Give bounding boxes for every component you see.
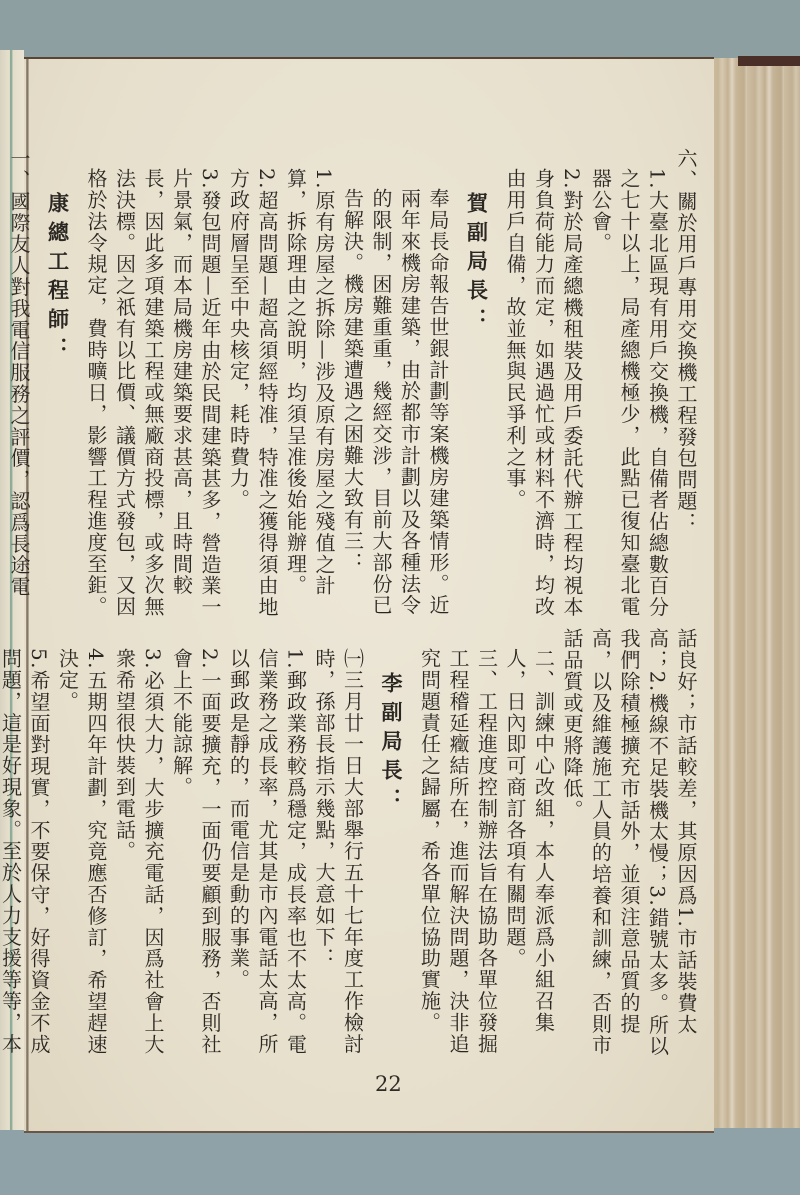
kang-point-1-continued: 話良好；市話較差，其原因爲1.市話裝費太高；2.機線不足裝機太慢；3.錯號太多。… [558, 628, 701, 1058]
section-six-point-2: 2.對於局產總機租裝及用戶委託代辦工程均視本身負荷能力而定，如遇過忙或材料不濟時… [501, 148, 587, 618]
page-stack-edges [710, 58, 800, 1128]
li-point-3: 3.必須大力，大步擴充電話，因爲社會上大衆希望很快裝到電話。 [110, 628, 167, 1058]
background-top [0, 0, 800, 58]
speaker-heading-li: 李副局長： [377, 628, 406, 1058]
li-intro: ㈠三月廿一日大部舉行五十七年度工作檢討時，孫部長指示幾點，大意如下： [310, 628, 367, 1058]
kang-point-3: 三、工程進度控制辦法旨在協助各單位發掘工程稽延癥結所在，進而解決問題，決非追究問… [415, 628, 501, 1058]
li-point-4: 4.五期四年計劃，究竟應否修訂，希望趕速決定。 [53, 628, 110, 1058]
section-six-title: 六、關於用戶專用交換機工程發包問題： [672, 148, 701, 618]
he-point-1: 1.原有房屋之拆除—涉及原有房屋之殘值之計算，拆除理由之說明，均須呈准後始能辦理… [281, 148, 338, 618]
book-cover-edge [738, 56, 800, 66]
top-text-block: 六、關於用戶專用交換機工程發包問題： 1.大臺北區現有用戶交換機，自備者佔總數百… [90, 148, 700, 618]
he-intro: 奉局長命報告世銀計劃等案機房建築情形。近兩年來機房建築，由於都市計劃以及各種法令… [338, 148, 452, 618]
li-point-5: 5.希望面對現實，不要保守，好得資金不成問題，這是好現象。至於人力支援等等，本部… [0, 628, 53, 1058]
li-point-1: 1.郵政業務較爲穩定，成長率也不太高。電信業務之成長率，尤其是市內電話太高，所以… [224, 628, 310, 1058]
speaker-heading-kang: 康總工程師： [43, 148, 72, 618]
background-bottom [0, 1128, 800, 1195]
section-six-point-1: 1.大臺北區現有用戶交換機，自備者佔總數百分之七十以上，局產總機極少，此點已復知… [586, 148, 672, 618]
kang-point-1: 一、國際友人對我電信服務之評價，認爲長途電 [5, 148, 34, 618]
bottom-text-block: 話良好；市話較差，其原因爲1.市話裝費太高；2.機線不足裝機太慢；3.錯號太多。… [90, 628, 700, 1058]
he-point-2: 2.超高問題—超高須經特准，特准之獲得須由地方政府層呈至中央核定，耗時費力。 [224, 148, 281, 618]
page-number: 22 [375, 1072, 402, 1096]
speaker-heading-he: 賀副局長： [462, 148, 491, 618]
kang-point-2: 二、訓練中心改組，本人奉派爲小組召集人，日內即可商訂各項有關問題。 [501, 628, 558, 1058]
li-point-2: 2.一面要擴充，一面仍要顧到服務，否則社會上不能諒解。 [167, 628, 224, 1058]
he-point-3: 3.發包問題—近年由於民間建築甚多，營造業一片景氣，而本局機房建築要求甚高，且時… [82, 148, 225, 618]
